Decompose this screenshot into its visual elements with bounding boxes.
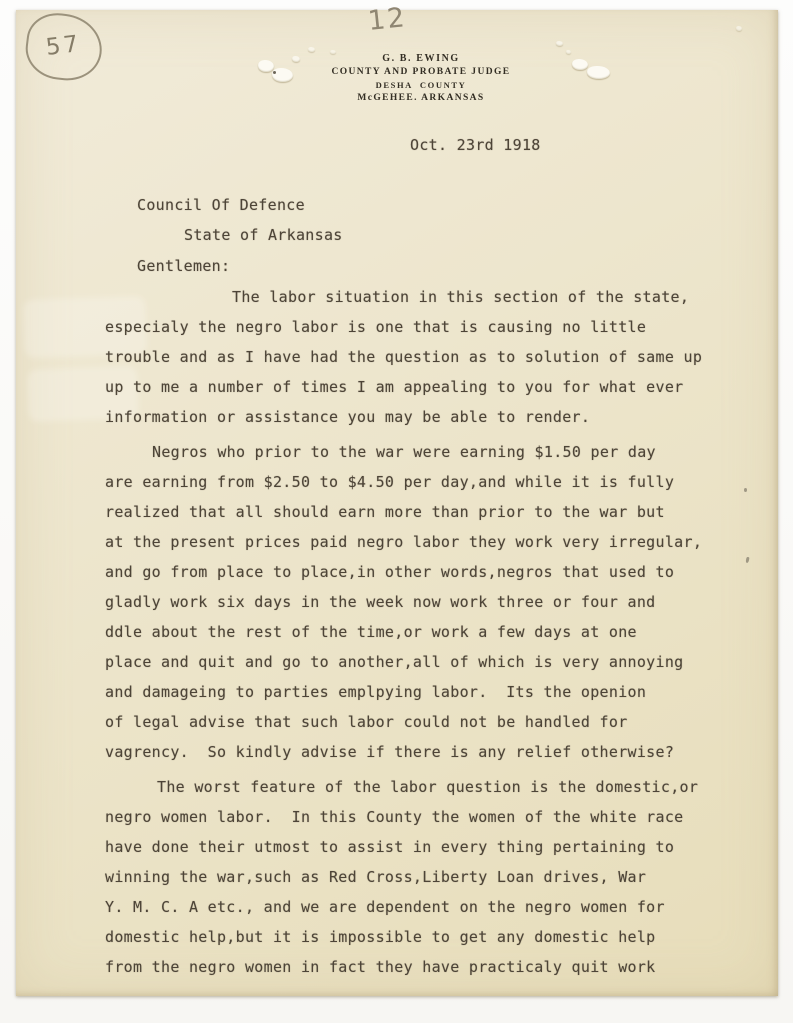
typewritten-line: realized that all should earn more than … (105, 497, 702, 527)
paper-damage-spot (308, 47, 315, 52)
paragraph: The labor situation in this section of t… (105, 282, 702, 432)
typewritten-line: ddle about the rest of the time,or work … (105, 617, 702, 647)
salutation: Gentlemen: (137, 251, 230, 281)
paper-damage-spot (556, 41, 563, 46)
typewritten-line: and damageing to parties emplpying labor… (105, 677, 702, 707)
paper-damage-spot (272, 68, 293, 82)
letterhead: G. B. EWING COUNTY AND PROBATE JUDGE DES… (40, 52, 793, 105)
recipient-line: State of Arkansas (137, 220, 343, 250)
typewritten-line: place and quit and go to another,all of … (105, 647, 702, 677)
paper-damage-spot (566, 50, 571, 54)
paragraph: Negros who prior to the war were earning… (105, 437, 702, 767)
typewritten-line: vagrency. So kindly advise if there is a… (105, 737, 702, 767)
paper-damage-spot (292, 56, 300, 62)
paragraph: The worst feature of the labor question … (105, 772, 702, 982)
handwritten-page-number: 12 (366, 2, 407, 37)
typewritten-line: from the negro women in fact they have p… (105, 952, 702, 982)
typewritten-line: Negros who prior to the war were earning… (105, 437, 702, 467)
paper-damage-spot (330, 50, 336, 54)
date-line: Oct. 23rd 1918 (410, 130, 541, 160)
typewritten-line: have done their utmost to assist in ever… (105, 832, 702, 862)
typewritten-line: gladly work six days in the week now wor… (105, 587, 702, 617)
typewritten-line: information or assistance you may be abl… (105, 402, 702, 432)
typewritten-line: and go from place to place,in other word… (105, 557, 702, 587)
stray-ink-mark (744, 488, 747, 492)
paper-damage-spot (736, 26, 742, 31)
recipient-address: Council Of Defence State of Arkansas (137, 190, 343, 250)
letter-body: The labor situation in this section of t… (105, 282, 702, 982)
typewritten-line: especialy the negro labor is one that is… (105, 312, 702, 342)
paper-damage-spot (258, 60, 274, 72)
stray-ink-mark (745, 557, 749, 563)
typewritten-line: The labor situation in this section of t… (105, 282, 702, 312)
typewritten-line: are earning from $2.50 to $4.50 per day,… (105, 467, 702, 497)
typewritten-line: at the present prices paid negro labor t… (105, 527, 702, 557)
letter-page: 57 12 G. B. EWING COUNTY AND PROBATE JUD… (16, 10, 778, 996)
typewritten-line: negro women labor. In this County the wo… (105, 802, 702, 832)
letterhead-name: G. B. EWING (40, 52, 793, 65)
recipient-line: Council Of Defence (137, 190, 343, 220)
typewritten-line: domestic help,but it is impossible to ge… (105, 922, 702, 952)
typewritten-line: up to me a number of times I am appealin… (105, 372, 702, 402)
letterhead-title: COUNTY AND PROBATE JUDGE (40, 65, 793, 79)
letterhead-county: DESHA COUNTY (40, 79, 793, 92)
typewritten-line: Y. M. C. A etc., and we are dependent on… (105, 892, 702, 922)
typewritten-line: of legal advise that such labor could no… (105, 707, 702, 737)
paper-damage-speck (273, 71, 276, 74)
paper-damage-spot (572, 59, 588, 70)
letterhead-city: McGEHEE. ARKANSAS (40, 92, 793, 105)
paper-damage-spot (587, 66, 610, 79)
typewritten-line: The worst feature of the labor question … (105, 772, 702, 802)
typewritten-line: trouble and as I have had the question a… (105, 342, 702, 372)
scanned-document-background: 57 12 G. B. EWING COUNTY AND PROBATE JUD… (0, 0, 793, 1023)
typewritten-line: winning the war,such as Red Cross,Libert… (105, 862, 702, 892)
